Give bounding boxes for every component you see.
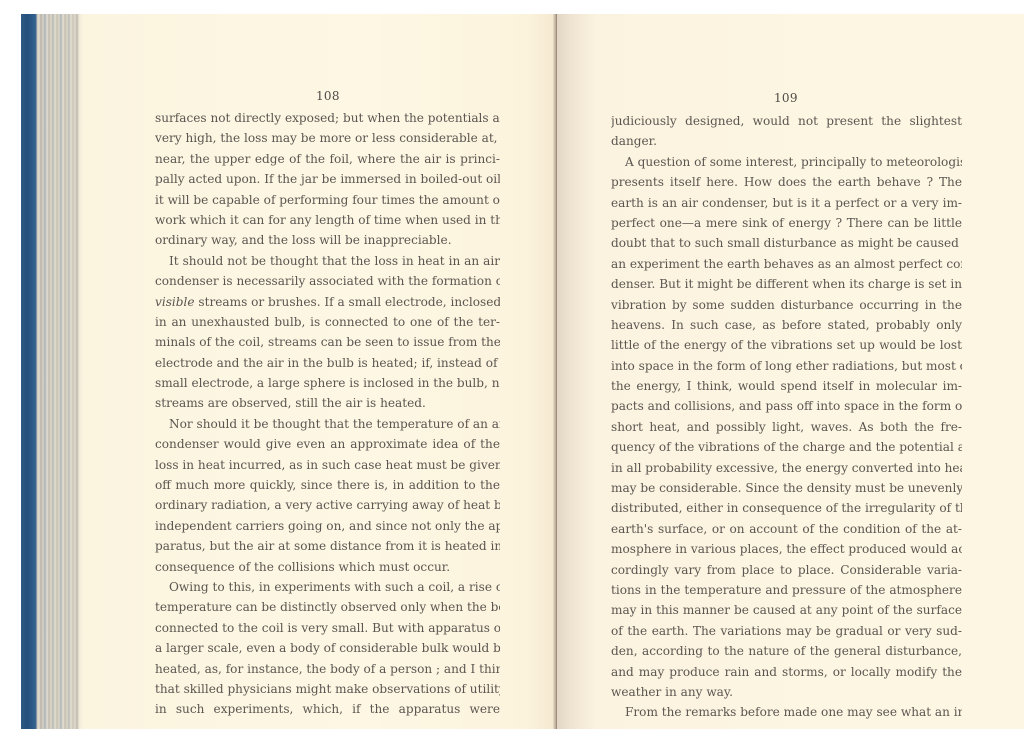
text-line: in all probability excessive, the energy… — [611, 458, 962, 478]
text-line: temperature can be distinctly observed o… — [155, 597, 500, 617]
text-line: heated, as, for instance, the body of a … — [155, 659, 500, 679]
left-page-number: 108 — [316, 89, 340, 103]
text-line: pally acted upon. If the jar be immersed… — [155, 169, 500, 189]
text-line: loss in heat incurred, as in such case h… — [155, 455, 500, 475]
text-line: A question of some interest, principally… — [611, 152, 962, 172]
text-line: in such experiments, which, if the appar… — [155, 699, 500, 719]
text-line: near, the upper edge of the foil, where … — [155, 149, 500, 169]
text-line: little of the energy of the vibrations s… — [611, 335, 962, 355]
right-page-text: judiciously designed, would not present … — [611, 111, 962, 723]
paragraph: It should not be thought that the loss i… — [155, 251, 500, 414]
text-line: paratus, but the air at some distance fr… — [155, 536, 500, 556]
text-line: mosphere in various places, the effect p… — [611, 539, 962, 559]
text-line: in an unexhausted bulb, is connected to … — [155, 312, 500, 332]
text-line: surfaces not directly exposed; but when … — [155, 108, 500, 128]
text-line: judiciously designed, would not present … — [611, 111, 962, 131]
text-line: an experiment the earth behaves as an al… — [611, 254, 962, 274]
right-page-number: 109 — [774, 91, 798, 105]
paragraph: judiciously designed, would not present … — [611, 111, 962, 152]
text-line: cordingly vary from place to place. Cons… — [611, 560, 962, 580]
text-line: condenser is necessarily associated with… — [155, 271, 500, 291]
text-line: electrode and the air in the bulb is hea… — [155, 353, 500, 373]
paragraph: Owing to this, in experiments with such … — [155, 577, 500, 720]
left-page-text: surfaces not directly exposed; but when … — [155, 108, 500, 720]
text-line: weather in any way. — [611, 682, 962, 702]
text-line: vibration by some sudden disturbance occ… — [611, 295, 962, 315]
text-line: earth's surface, or on account of the co… — [611, 519, 962, 539]
text-line: denser. But it might be different when i… — [611, 274, 962, 294]
text-line: Nor should it be thought that the temper… — [155, 414, 500, 434]
text-line: off much more quickly, since there is, i… — [155, 475, 500, 495]
text-line: may be considerable. Since the density m… — [611, 478, 962, 498]
text-line: heavens. In such case, as before stated,… — [611, 315, 962, 335]
paragraph: A question of some interest, principally… — [611, 152, 962, 703]
text-line: minals of the coil, streams can be seen … — [155, 332, 500, 352]
text-line: den, according to the nature of the gene… — [611, 641, 962, 661]
text-line: danger. — [611, 131, 962, 151]
text-line: may in this manner be caused at any poin… — [611, 600, 962, 620]
text-line: and may produce rain and storms, or loca… — [611, 662, 962, 682]
text-line: From the remarks before made one may see… — [611, 702, 962, 722]
text-line: very high, the loss may be more or less … — [155, 128, 500, 148]
text-line: it will be capable of performing four ti… — [155, 190, 500, 210]
text-line: the energy, I think, would spend itself … — [611, 376, 962, 396]
text-line: It should not be thought that the loss i… — [155, 251, 500, 271]
text-line: presents itself here. How does the earth… — [611, 172, 962, 192]
text-line: quency of the vibrations of the charge a… — [611, 437, 962, 457]
paragraph: Nor should it be thought that the temper… — [155, 414, 500, 577]
page-edges-block — [21, 14, 83, 729]
text-line: ordinary way, and the loss will be inapp… — [155, 230, 500, 250]
text-line: Owing to this, in experiments with such … — [155, 577, 500, 597]
book-spread: 108 surfaces not directly exposed; but w… — [0, 0, 1024, 745]
text-line: independent carriers going on, and since… — [155, 516, 500, 536]
text-line: of the earth. The variations may be grad… — [611, 621, 962, 641]
text-line: work which it can for any length of time… — [155, 210, 500, 230]
text-line: ordinary radiation, a very active carryi… — [155, 495, 500, 515]
text-line: a larger scale, even a body of considera… — [155, 638, 500, 658]
text-line-rest: streams or brushes. If a small electrode… — [195, 295, 500, 309]
text-line: that skilled physicians might make obser… — [155, 679, 500, 699]
text-line: into space in the form of long ether rad… — [611, 356, 962, 376]
paragraph: surfaces not directly exposed; but when … — [155, 108, 500, 251]
paragraph: From the remarks before made one may see… — [611, 702, 962, 722]
italic-word: visible — [155, 295, 195, 309]
text-line: distributed, either in consequence of th… — [611, 498, 962, 518]
text-line: pacts and collisions, and pass off into … — [611, 396, 962, 416]
text-line: perfect one—a mere sink of energy ? Ther… — [611, 213, 962, 233]
text-line: tions in the temperature and pressure of… — [611, 580, 962, 600]
text-line: condenser would give even an approximate… — [155, 434, 500, 454]
text-line: earth is an air condenser, but is it a p… — [611, 193, 962, 213]
text-line: connected to the coil is very small. But… — [155, 618, 500, 638]
text-line: doubt that to such small disturbance as … — [611, 233, 962, 253]
text-line: streams are observed, still the air is h… — [155, 393, 500, 413]
text-line: consequence of the collisions which must… — [155, 557, 500, 577]
text-line: short heat, and possibly light, waves. A… — [611, 417, 962, 437]
text-line: small electrode, a large sphere is inclo… — [155, 373, 500, 393]
text-line: visible streams or brushes. If a small e… — [155, 292, 500, 312]
